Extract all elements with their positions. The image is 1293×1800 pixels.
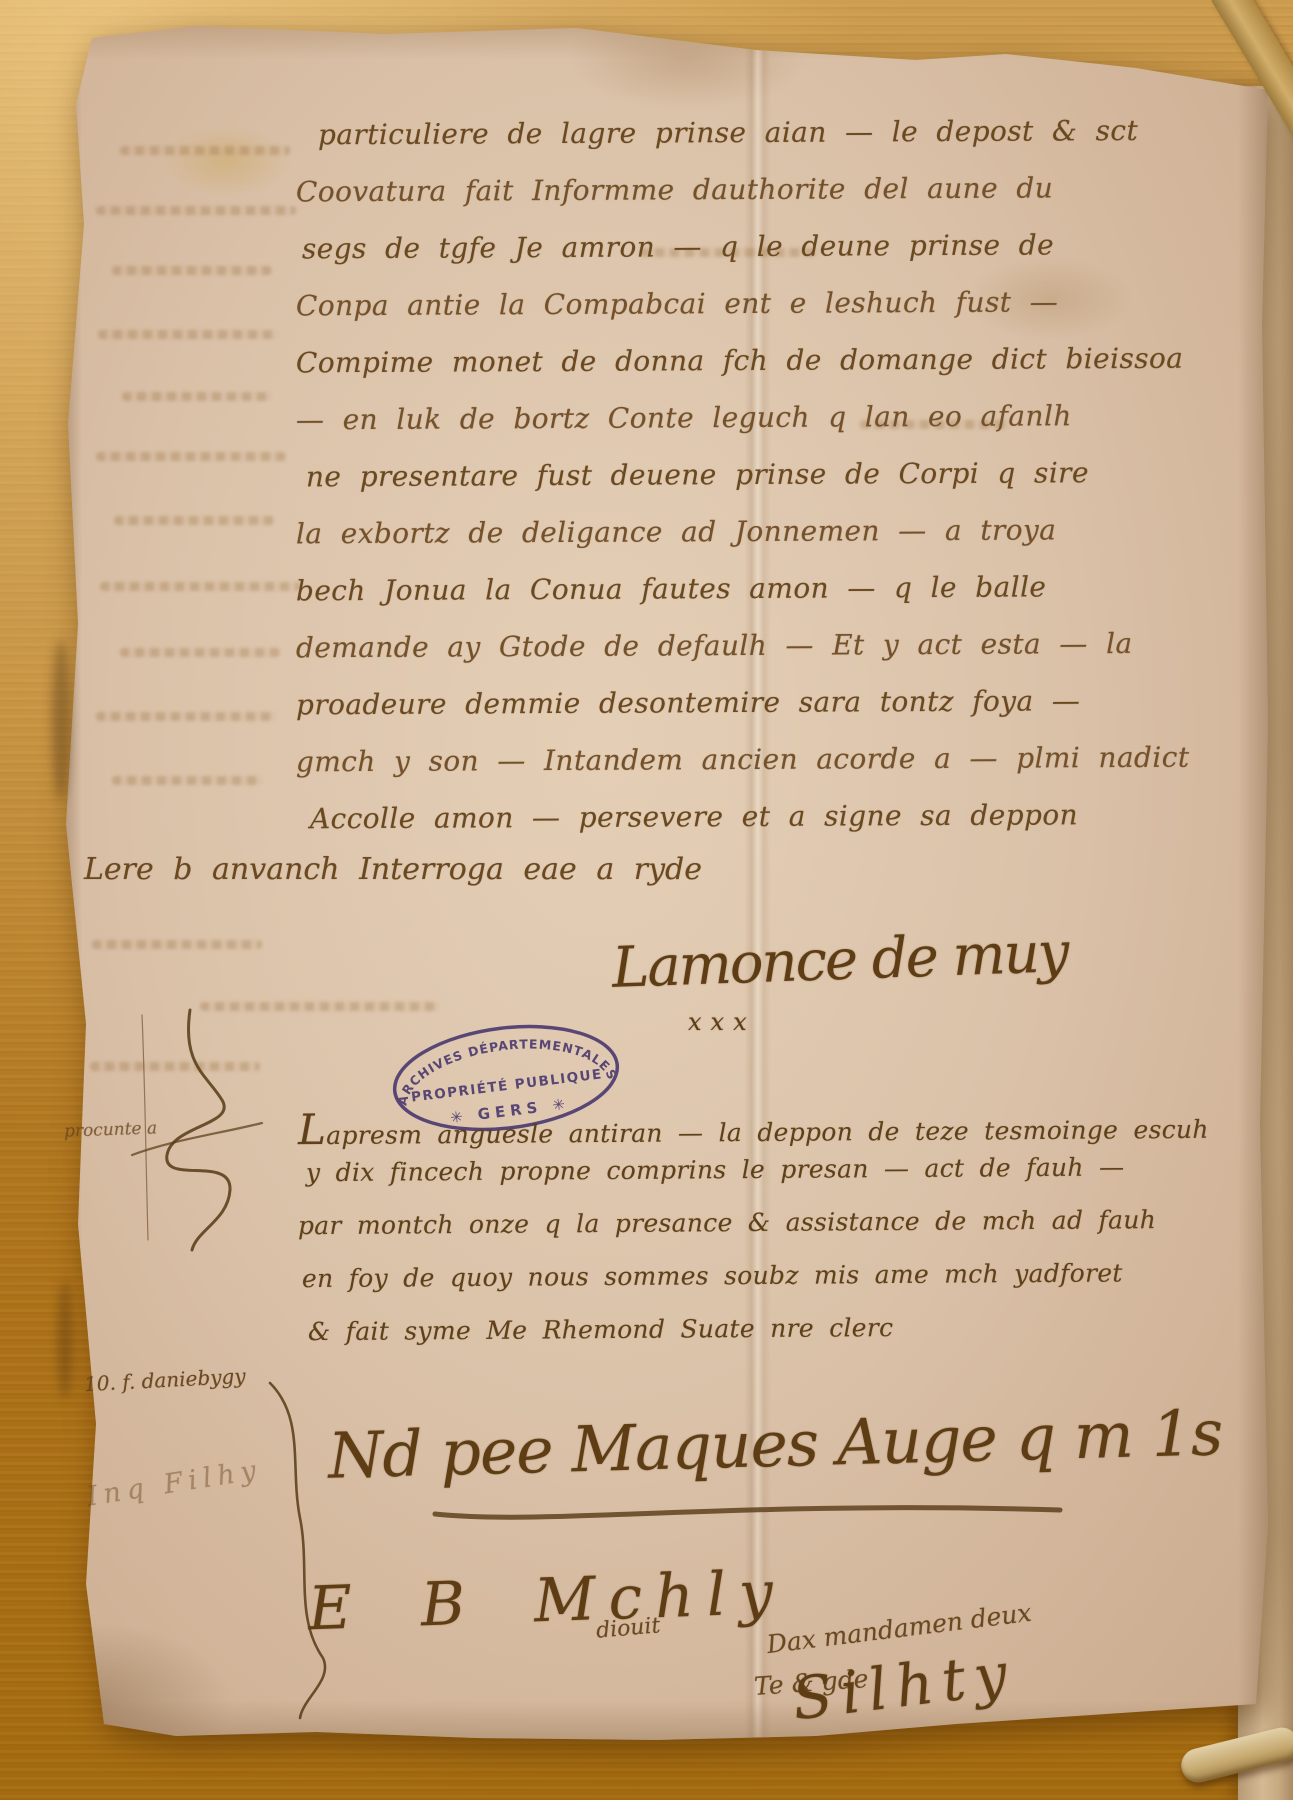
- manuscript-line: proadeure demmie desontemire sara tontz …: [296, 684, 1190, 746]
- closing-text-block: Lapresm anguesle antiran — la deppon de …: [298, 1102, 1209, 1367]
- manuscript-line: segs de tgfe Je amron — q le deune prins…: [302, 228, 1190, 290]
- small-word-diouit: diouit: [595, 1613, 661, 1644]
- bleedthrough-mark: [114, 516, 274, 525]
- manuscript-line: bech Jonua la Conua fautes amon — q le b…: [296, 570, 1190, 632]
- bleedthrough-mark: [112, 266, 272, 275]
- manuscript-line: ne presentare fust deuene prinse de Corp…: [306, 456, 1190, 518]
- witness-cross-mark: xxx: [688, 1008, 756, 1036]
- margin-faint-signature: Inq Filhy: [85, 1454, 264, 1512]
- manuscript-line: gmch y son — Intandem ancien acorde a — …: [296, 741, 1190, 803]
- manuscript-line: y dix fincech propne comprins le presan …: [306, 1152, 1209, 1211]
- manuscript-line: Accolle amon — persevere et a signe sa d…: [310, 798, 1190, 860]
- main-text-block: particuliere de lagre prinse aian — le d…: [296, 116, 1189, 857]
- witness-signature: Lamonce de muy: [611, 920, 1068, 1001]
- bleedthrough-mark: [96, 206, 296, 215]
- bottom-right-signature: Silhty: [789, 1639, 1020, 1734]
- margin-side-note: procunte a: [64, 1118, 158, 1141]
- bleedthrough-mark: [96, 712, 276, 721]
- page-edge-shadow: [52, 640, 70, 800]
- signature-underline-flourish: [430, 1492, 1080, 1528]
- margin-fee-note: 10. f. daniebygy: [83, 1364, 246, 1396]
- bleedthrough-mark: [98, 330, 278, 339]
- bleedthrough-mark: [100, 582, 300, 591]
- bottom-left-signature: E B Mchly: [307, 1558, 787, 1645]
- manuscript-line: — en luk de bortz Conte leguch q lan eo …: [296, 399, 1190, 461]
- manuscript-photo: particuliere de lagre prinse aian — le d…: [0, 0, 1293, 1800]
- page-edge-shadow: [58, 1280, 72, 1400]
- manuscript-line: en foy de quoy nous sommes soubz mis ame…: [302, 1258, 1209, 1317]
- manuscript-line: demande ay Gtode de defaulh — Et y act e…: [296, 627, 1190, 689]
- page-content: particuliere de lagre prinse aian — le d…: [0, 0, 1293, 1800]
- manuscript-line: Conpa antie la Compabcai ent e leshuch f…: [296, 285, 1190, 347]
- bleedthrough-mark: [112, 776, 262, 785]
- grand-signature: Nd pee Maques Auge q m 1s: [327, 1396, 1223, 1492]
- bleedthrough-mark: [120, 146, 290, 155]
- interrogation-line: Lere b anvanch Interroga eae a ryde: [84, 852, 702, 887]
- manuscript-line: Coovatura fait Informme dauthorite del a…: [296, 171, 1190, 233]
- manuscript-line: & fait syme Me Rhemond Suate nre clerc: [308, 1311, 1209, 1370]
- manuscript-line: Lapresm anguesle antiran — la deppon de …: [298, 1099, 1209, 1158]
- bleedthrough-mark: [96, 452, 286, 461]
- manuscript-line: par montch onze q la presance & assistan…: [298, 1205, 1209, 1264]
- manuscript-line: particuliere de lagre prinse aian — le d…: [318, 114, 1190, 176]
- bleedthrough-mark: [92, 940, 262, 949]
- bleedthrough-mark: [120, 648, 280, 657]
- manuscript-line: la exbortz de deligance ad Jonnemen — a …: [296, 513, 1190, 575]
- manuscript-line: Compime monet de donna fch de domange di…: [296, 342, 1190, 404]
- bleedthrough-mark: [122, 392, 272, 401]
